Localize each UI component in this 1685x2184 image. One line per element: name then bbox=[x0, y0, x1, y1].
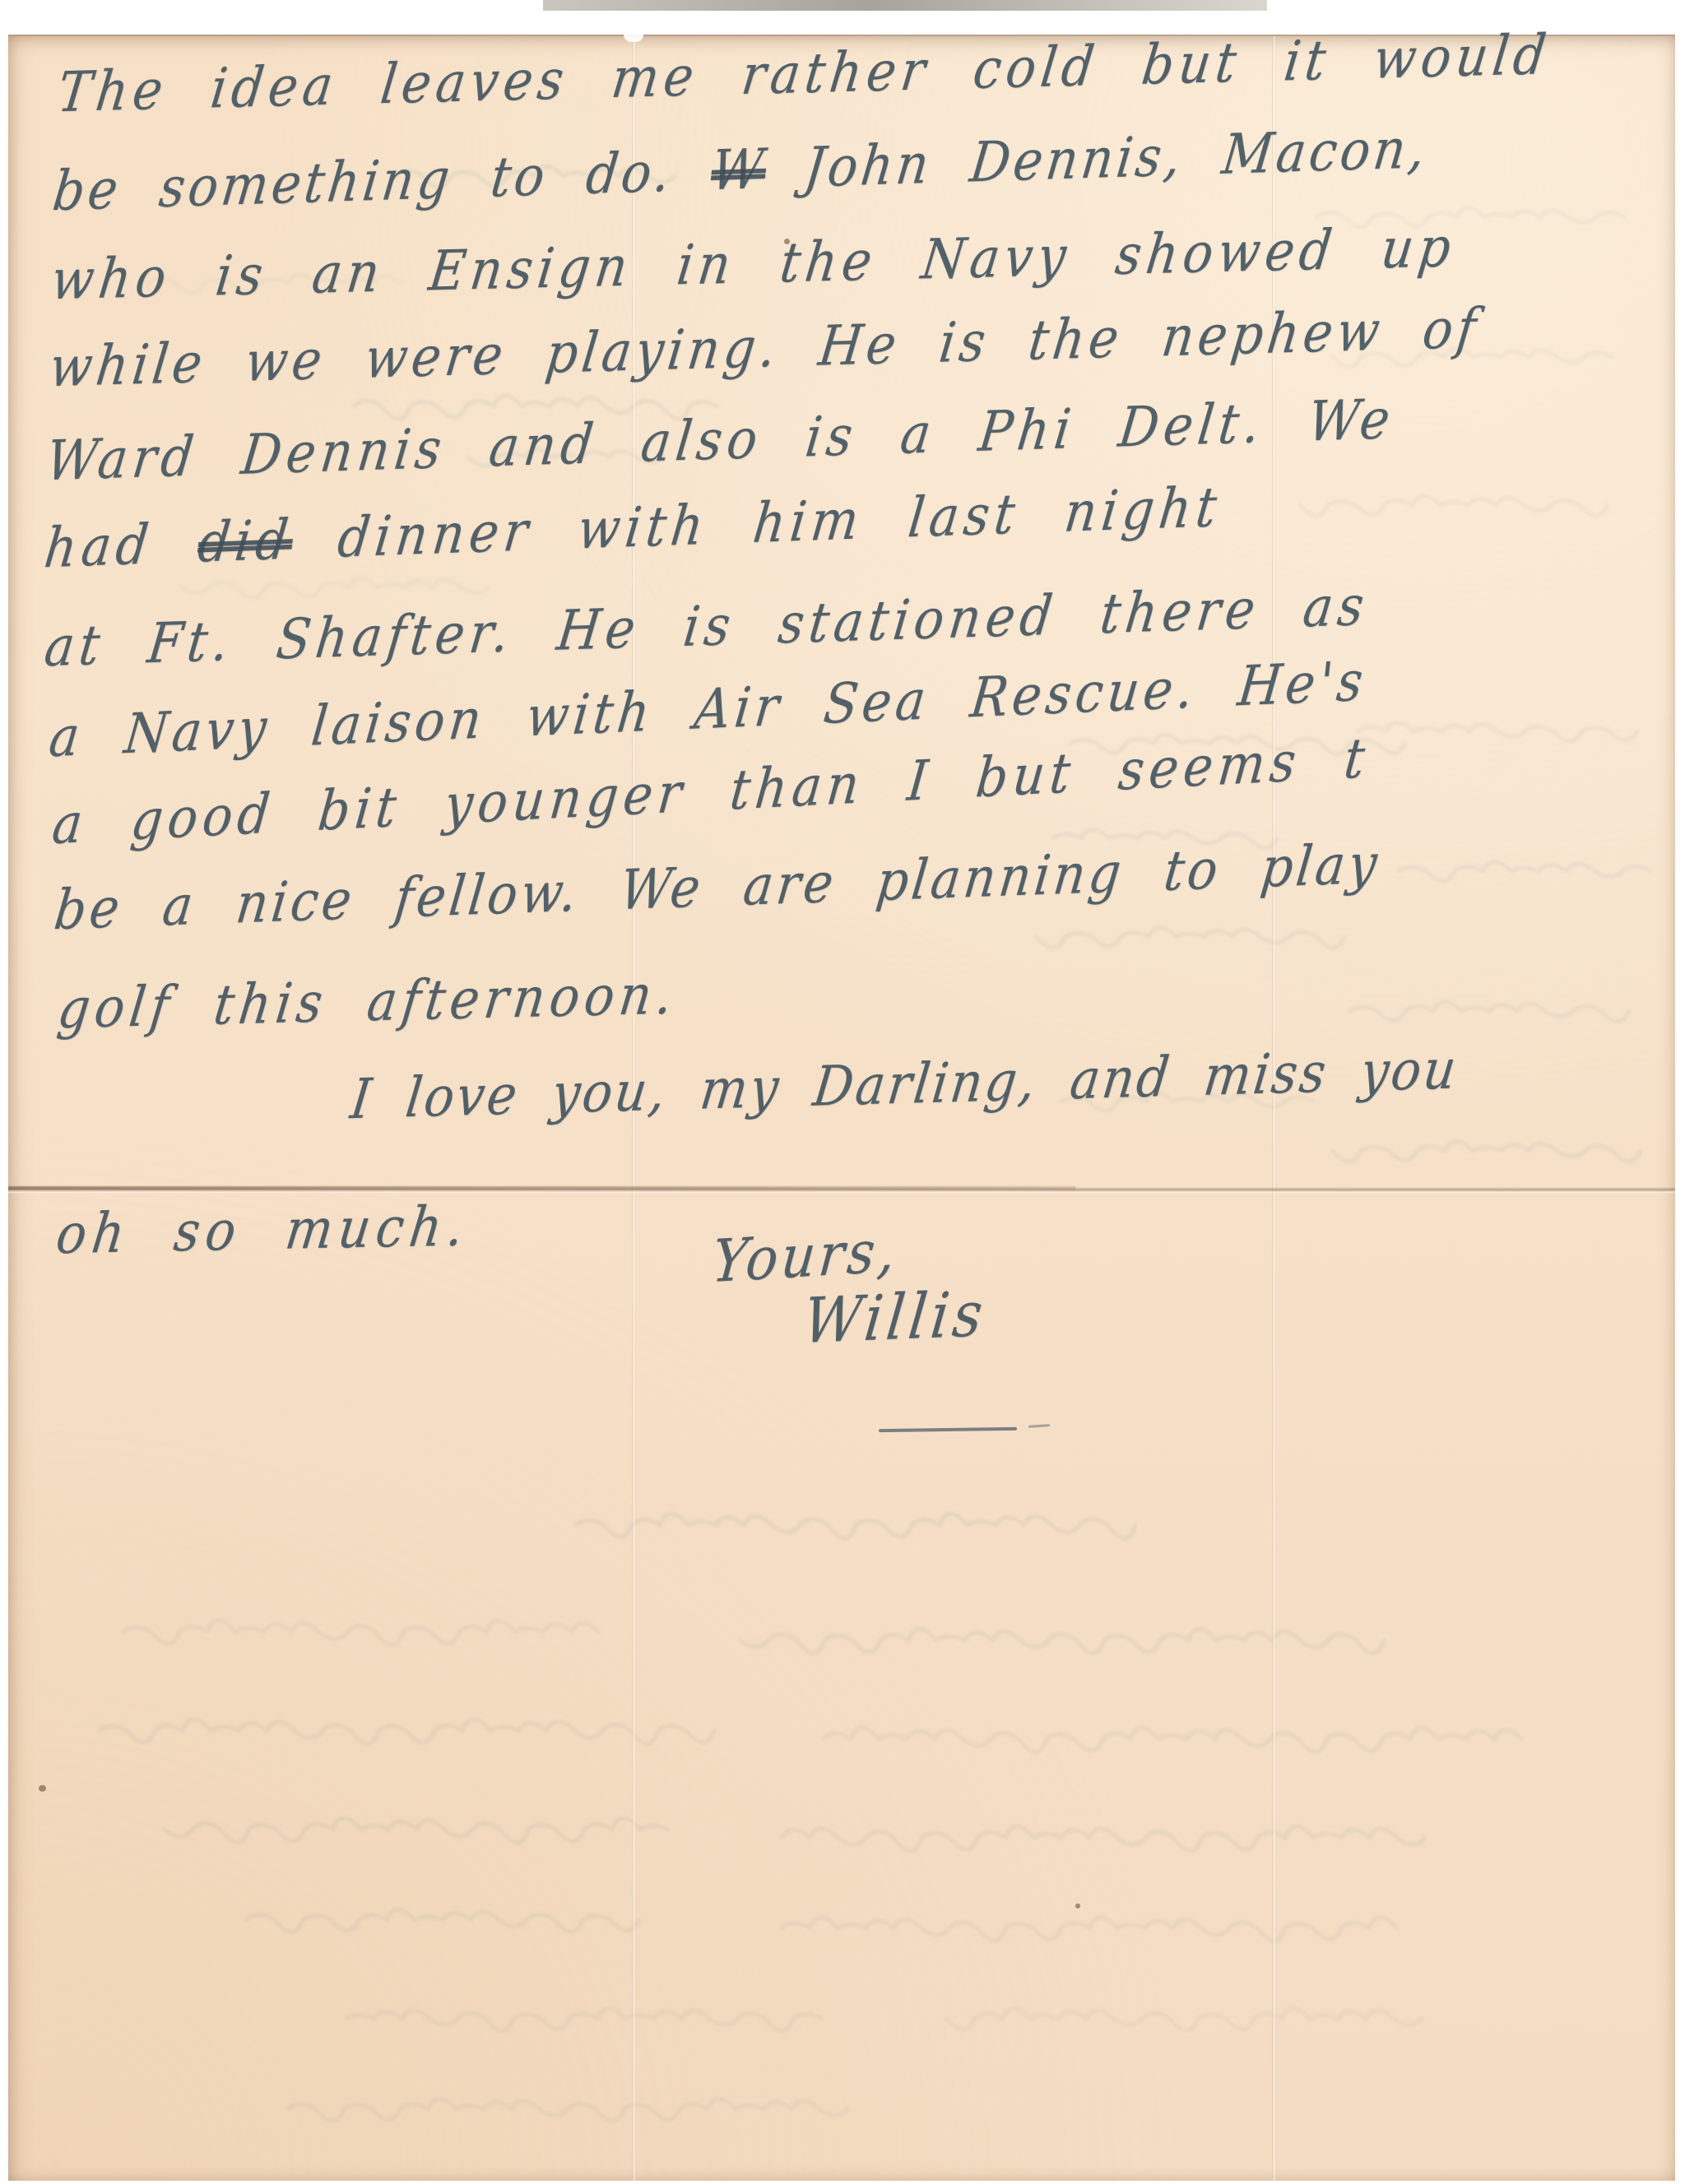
letter-paper-sheet: The idea leaves me rather cold but it wo… bbox=[8, 35, 1675, 2181]
scanned-letter-page: { "document": { "type": "handwritten cur… bbox=[0, 0, 1685, 2184]
handwritten-line-13: oh so much. bbox=[53, 1194, 473, 1267]
text-segment: be a nice fellow. We are planning to pla… bbox=[51, 832, 1383, 943]
signature: Willis bbox=[800, 1278, 990, 1358]
signature-underline-dash bbox=[1028, 1424, 1050, 1428]
handwritten-line-4: while we were playing. He is the nephew … bbox=[46, 296, 1483, 400]
crossed-out-word: W bbox=[708, 137, 770, 203]
handwritten-line-1: The idea leaves me rather cold but it wo… bbox=[54, 23, 1554, 125]
crossed-out-word: did bbox=[195, 508, 296, 575]
handwritten-line-10: be a nice fellow. We are planning to pla… bbox=[51, 832, 1383, 943]
handwritten-line-11: golf this afternoon. bbox=[54, 962, 681, 1041]
text-segment: while we were playing. He is the nephew … bbox=[46, 296, 1483, 400]
text-segment: The idea leaves me rather cold but it wo… bbox=[54, 23, 1554, 125]
text-segment: had bbox=[41, 511, 202, 581]
handwriting-layer: The idea leaves me rather cold but it wo… bbox=[8, 36, 1675, 2181]
text-segment: I love you, my Darling, and miss you bbox=[347, 1037, 1462, 1132]
handwritten-line-3: who is an Ensign in the Navy showed up bbox=[48, 216, 1459, 313]
text-segment: oh so much. bbox=[53, 1194, 473, 1267]
scanner-edge-shadow bbox=[543, 0, 1267, 11]
text-segment: dinner with him last night bbox=[289, 475, 1224, 573]
handwritten-line-12: I love you, my Darling, and miss you bbox=[347, 1037, 1462, 1132]
text-segment: golf this afternoon. bbox=[54, 962, 681, 1041]
text-segment: John Dennis, Macon, bbox=[762, 117, 1432, 202]
handwritten-line-6: had did dinner with him last night bbox=[41, 475, 1224, 581]
text-segment: be something to do. bbox=[49, 139, 716, 224]
signature-underline bbox=[879, 1427, 1017, 1432]
handwritten-line-2: be something to do. W John Dennis, Macon… bbox=[49, 117, 1432, 224]
text-segment: who is an Ensign in the Navy showed up bbox=[48, 216, 1459, 313]
